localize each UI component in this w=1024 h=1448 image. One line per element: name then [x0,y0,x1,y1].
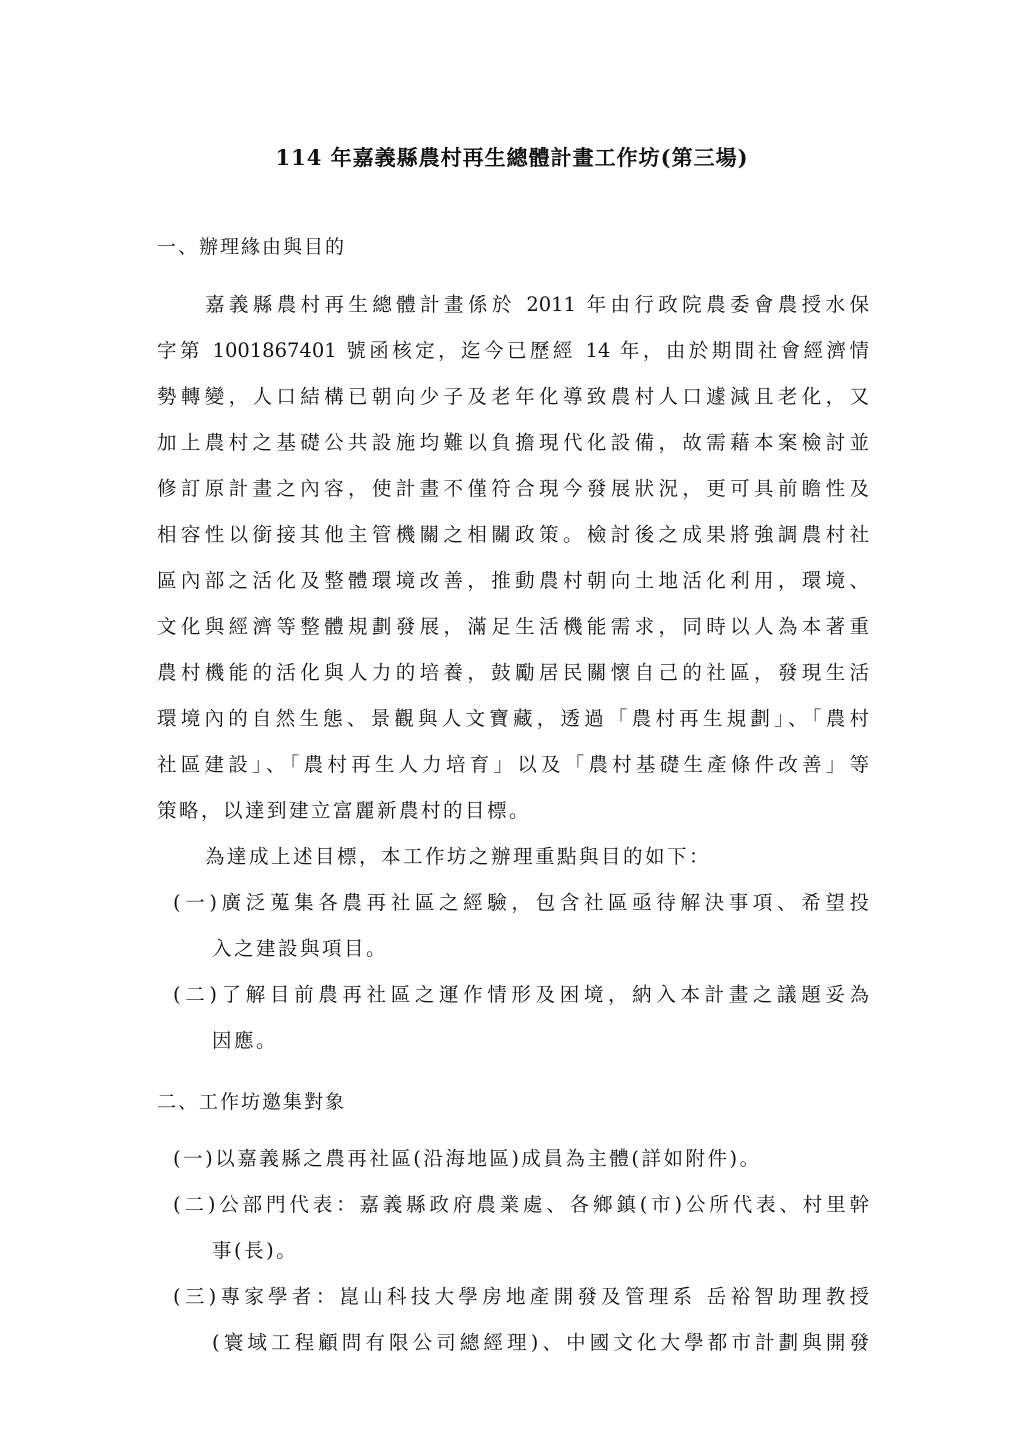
section-heading-purpose: 一、辦理緣由與目的 [157,233,346,261]
goals-intro: 為達成上述目標，本工作坊之辦理重點與目的如下： [205,843,869,871]
goal-item-2: (二)了解目前農再社區之運作情形及困境，納入本計畫之議題妥為 [173,981,869,1009]
paragraph-line: 加上農村之基礎公共設施均難以負擔現代化設備，故需藉本案檢討並 [157,429,869,457]
paragraph-line: 文化與經濟等整體規劃發展，滿足生活機能需求，同時以人為本著重 [157,613,869,641]
paragraph-line: 策略，以達到建立富麗新農村的目標。 [157,797,869,825]
paragraph-line: 勢轉變，人口結構已朝向少子及老年化導致農村人口遽減且老化，又 [157,383,869,411]
paragraph-line: 嘉義縣農村再生總體計畫係於 2011 年由行政院農委會農授水保 [205,291,869,319]
paragraph-line: 字第 1001867401 號函核定，迄今已歷經 14 年，由於期間社會經濟情 [157,337,869,365]
paragraph-line: 相容性以銜接其他主管機關之相關政策。檢討後之成果將強調農村社 [157,521,869,549]
invitee-item-2-continued: 事(長)。 [212,1237,869,1265]
document-page: 114 年嘉義縣農村再生總體計畫工作坊(第三場) 一、辦理緣由與目的 嘉義縣農村… [0,0,1024,1448]
invitee-item-2: (二)公部門代表：嘉義縣政府農業處、各鄉鎮(市)公所代表、村里幹 [173,1191,869,1219]
invitee-item-3: (三)專家學者：崑山科技大學房地產開發及管理系 岳裕智助理教授 [173,1283,869,1311]
paragraph-line: 區內部之活化及整體環境改善，推動農村朝向土地活化利用，環境、 [157,567,869,595]
section-heading-invitees: 二、工作坊邀集對象 [157,1088,346,1116]
invitee-item-1: (一)以嘉義縣之農再社區(沿海地區)成員為主體(詳如附件)。 [173,1145,869,1173]
paragraph-line: 環境內的自然生態、景觀與人文寶藏，透過「農村再生規劃」、「農村 [157,705,869,733]
paragraph-line: 修訂原計畫之內容，使計畫不僅符合現今發展狀況，更可具前瞻性及 [157,475,869,503]
paragraph-line: 農村機能的活化與人力的培養，鼓勵居民關懷自己的社區，發現生活 [157,659,869,687]
goal-item-2-continued: 因應。 [212,1027,869,1055]
goal-item-1-continued: 入之建設與項目。 [212,935,869,963]
paragraph-line: 社區建設」、「農村再生人力培育」以及「農村基礎生產條件改善」等 [157,751,869,779]
goal-item-1: (一)廣泛蒐集各農再社區之經驗，包含社區亟待解決事項、希望投 [173,889,869,917]
document-title: 114 年嘉義縣農村再生總體計畫工作坊(第三場) [0,143,1024,173]
invitee-item-3-continued: (寰域工程顧問有限公司總經理)、中國文化大學都市計劃與開發 [212,1329,869,1357]
